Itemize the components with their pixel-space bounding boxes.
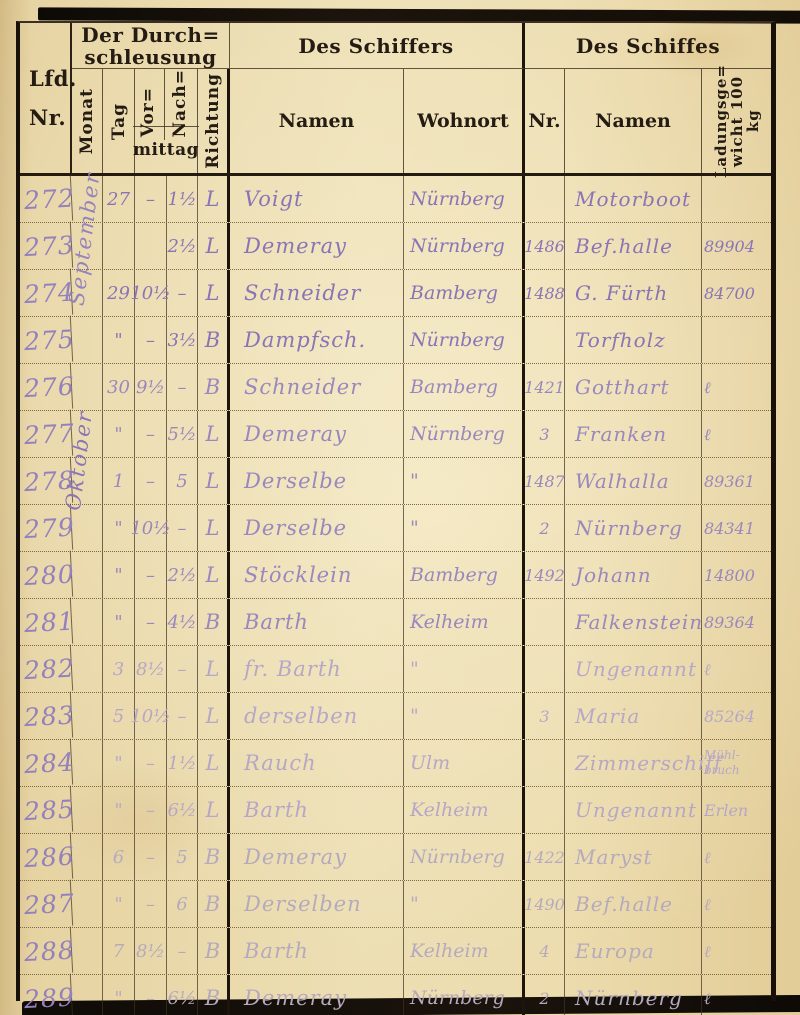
vormittag-value — [135, 223, 167, 269]
ladung-label-line2: wicht 100 kg — [728, 75, 762, 166]
table-row: 273 2½ L Demeray Nürnberg 1486 Bef.halle… — [20, 223, 771, 270]
tag-value: " — [103, 881, 135, 927]
table-row: 282 3 8½ – L fr. Barth " Ungenannt ℓ — [20, 646, 771, 693]
wohnort-value: Bamberg — [404, 552, 525, 598]
nachmittag-value: 6½ — [167, 787, 198, 833]
lfd-nr-value: 274 — [19, 269, 73, 318]
col-header-tag: Tag — [103, 69, 135, 173]
nachmittag-value: 5 — [167, 834, 198, 880]
lfd-nr-value: 277 — [19, 410, 73, 459]
schiff-nr-value: 4 — [525, 928, 565, 974]
ladungsgewicht-value: ℓ — [702, 411, 771, 457]
wohnort-value: Nürnberg — [404, 223, 525, 269]
ladungsgewicht-value: ℓ — [702, 975, 771, 1015]
schiff-nr-value — [525, 599, 565, 645]
nachmittag-value: – — [167, 364, 198, 410]
col-header-vormittag-nachmittag: Vor= Nach= mittag — [135, 69, 198, 173]
richtung-label: Richtung — [203, 73, 223, 169]
ladungsgewicht-value: ℓ — [702, 364, 771, 410]
ladungsgewicht-value: Mühl- bruch — [702, 740, 771, 786]
nachmittag-value: 6 — [167, 881, 198, 927]
monat-cell — [72, 411, 103, 457]
richtung-value: B — [198, 317, 230, 363]
monat-cell — [72, 787, 103, 833]
schiffer-name-value: Barth — [230, 928, 404, 974]
group-header-schiffers: Des Schiffers — [230, 23, 525, 69]
lfd-nr-value: 278 — [19, 457, 73, 506]
schiff-name-value: Walhalla — [565, 458, 702, 504]
nachmittag-value: 2½ — [167, 552, 198, 598]
lfd-label-line2: Nr. — [29, 105, 66, 130]
table-row: 283 5 10½ – L derselben " 3 Maria 85264 — [20, 693, 771, 740]
lfd-label-line1: Lfd. — [29, 66, 77, 91]
wohnort-value: Nürnberg — [404, 317, 525, 363]
ladungsgewicht-value: 85264 — [702, 693, 771, 739]
wohnort-value: Ulm — [404, 740, 525, 786]
schiff-nr-value: 3 — [525, 693, 565, 739]
richtung-value: B — [198, 928, 230, 974]
ladungsgewicht-label: Ladungsge= wicht 100 kg — [713, 64, 761, 178]
monat-cell — [72, 975, 103, 1015]
richtung-value: B — [198, 881, 230, 927]
nachmittag-value: 3½ — [167, 317, 198, 363]
schiff-name-value: Nürnberg — [565, 505, 702, 551]
schiff-nr-value: 1486 — [525, 223, 565, 269]
tag-value: " — [103, 411, 135, 457]
table-row: 275 " – 3½ B Dampfsch. Nürnberg Torfholz — [20, 317, 771, 364]
schiff-name-value: Maria — [565, 693, 702, 739]
richtung-value: B — [198, 975, 230, 1015]
ladungsgewicht-value: ℓ — [702, 928, 771, 974]
ladungsgewicht-value: ℓ — [702, 881, 771, 927]
tag-value: 27 — [103, 176, 135, 222]
monat-cell — [72, 740, 103, 786]
schiffer-name-value: Voigt — [230, 176, 404, 222]
monat-cell — [72, 646, 103, 692]
richtung-value: L — [198, 552, 230, 598]
table-row: 274 29 10½ – L Schneider Bamberg 1488 G.… — [20, 270, 771, 317]
richtung-value: B — [198, 834, 230, 880]
col-header-richtung: Richtung — [198, 69, 230, 173]
lfd-nr-value: 282 — [19, 645, 73, 694]
schiff-name-value: Ungenannt — [565, 646, 702, 692]
nachmittag-value: – — [167, 646, 198, 692]
schiff-nr-value: 3 — [525, 411, 565, 457]
vormittag-value: 10½ — [135, 270, 167, 316]
col-header-schiff-nr: Nr. — [525, 69, 565, 173]
register-page: Lfd. Nr. Der Durch= schleusung Des Schif… — [0, 0, 800, 1015]
schiffer-name-value: Derselbe — [230, 458, 404, 504]
monat-cell — [72, 270, 103, 316]
table-row: 281 " – 4½ B Barth Kelheim Falkenstein 8… — [20, 599, 771, 646]
wohnort-value: Bamberg — [404, 364, 525, 410]
group-header-schiffes: Des Schiffes — [525, 23, 771, 69]
richtung-value: B — [198, 599, 230, 645]
ladungsgewicht-value: 89361 — [702, 458, 771, 504]
schiffer-name-value: Demeray — [230, 975, 404, 1015]
schiffer-name-value: derselben — [230, 693, 404, 739]
ladung-label-line1: Ladungsge= — [712, 64, 730, 178]
lfd-nr-value: 287 — [19, 880, 73, 929]
vormittag-value: – — [135, 599, 167, 645]
richtung-value: B — [198, 364, 230, 410]
vormittag-value: – — [135, 787, 167, 833]
vormittag-value: – — [135, 881, 167, 927]
monat-cell — [72, 364, 103, 410]
monat-cell — [72, 599, 103, 645]
table-row: 289 " – 6½ B Demeray Nürnberg 2 Nürnberg… — [20, 975, 771, 1015]
table-row: 285 " – 6½ L Barth Kelheim Ungenannt Erl… — [20, 787, 771, 834]
schiffer-name-value: Demeray — [230, 223, 404, 269]
lfd-nr-value: 280 — [19, 551, 73, 600]
table-row: 279 " 10½ – L Derselbe " 2 Nürnberg 8434… — [20, 505, 771, 552]
nachmittag-value: – — [167, 270, 198, 316]
schiffer-name-value: Demeray — [230, 834, 404, 880]
table-row: 276 30 9½ – B Schneider Bamberg 1421 Got… — [20, 364, 771, 411]
ladungsgewicht-value: ℓ — [702, 834, 771, 880]
schiff-nr-value — [525, 740, 565, 786]
nachmittag-value: – — [167, 928, 198, 974]
schiff-name-value: Bef.halle — [565, 223, 702, 269]
nachmittag-value: 5½ — [167, 411, 198, 457]
schiffer-name-value: Derselben — [230, 881, 404, 927]
monat-cell — [72, 317, 103, 363]
monat-cell — [72, 176, 103, 222]
schiff-nr-value: 2 — [525, 975, 565, 1015]
schiff-namen-label: Namen — [595, 110, 671, 132]
lfd-nr-value: 276 — [19, 363, 73, 412]
monat-cell — [72, 881, 103, 927]
schiff-name-value: G. Fürth — [565, 270, 702, 316]
durchschleusung-line2: schleusung — [81, 46, 219, 68]
ladungsgewicht-value: 89904 — [702, 223, 771, 269]
schiffes-label: Des Schiffes — [576, 35, 720, 57]
table-row: 278 1 – 5 L Derselbe " 1487 Walhalla 893… — [20, 458, 771, 505]
richtung-value: L — [198, 176, 230, 222]
nachmittag-value: 1½ — [167, 740, 198, 786]
ladungsgewicht-value: 89364 — [702, 599, 771, 645]
nachmittag-value: – — [167, 505, 198, 551]
lfd-nr-value: 273 — [19, 222, 73, 271]
schiff-name-value: Falkenstein — [565, 599, 702, 645]
tag-value: 3 — [103, 646, 135, 692]
monat-cell — [72, 693, 103, 739]
lfd-nr-value: 279 — [19, 504, 73, 553]
table-row: 288 7 8½ – B Barth Kelheim 4 Europa ℓ — [20, 928, 771, 975]
nach-label: Nach= — [170, 69, 190, 138]
wohnort-value: " — [404, 505, 525, 551]
table-row: 286 6 – 5 B Demeray Nürnberg 1422 Maryst… — [20, 834, 771, 881]
lfd-nr-value: 286 — [19, 833, 73, 882]
ladungsgewicht-value: 84341 — [702, 505, 771, 551]
wohnort-value: " — [404, 646, 525, 692]
table-header: Lfd. Nr. Der Durch= schleusung Des Schif… — [20, 23, 771, 176]
schiff-name-value: Ungenannt — [565, 787, 702, 833]
schiff-name-value: Maryst — [565, 834, 702, 880]
wohnort-label: Wohnort — [417, 110, 509, 132]
tag-value: " — [103, 975, 135, 1015]
col-header-monat: Monat — [72, 69, 103, 173]
schiff-name-value: Gotthart — [565, 364, 702, 410]
vormittag-value: – — [135, 458, 167, 504]
vormittag-value: – — [135, 176, 167, 222]
schiff-nr-value: 1488 — [525, 270, 565, 316]
schiff-name-value: Torfholz — [565, 317, 702, 363]
group-header-durchschleusung: Der Durch= schleusung — [72, 23, 230, 69]
tag-value: 6 — [103, 834, 135, 880]
lfd-nr-value: 289 — [19, 974, 73, 1015]
table-row: 272 27 – 1½ L Voigt Nürnberg Motorboot — [20, 176, 771, 223]
richtung-value: L — [198, 411, 230, 457]
lfd-nr-value: 275 — [19, 316, 73, 365]
schiffer-name-value: fr. Barth — [230, 646, 404, 692]
ladungsgewicht-value: 14800 — [702, 552, 771, 598]
schiffer-name-value: Stöcklein — [230, 552, 404, 598]
tag-value: " — [103, 740, 135, 786]
tag-value: " — [103, 599, 135, 645]
tag-value: 7 — [103, 928, 135, 974]
wohnort-value: Nürnberg — [404, 975, 525, 1015]
schiff-name-value: Franken — [565, 411, 702, 457]
wohnort-value: Nürnberg — [404, 411, 525, 457]
nachmittag-value: – — [167, 693, 198, 739]
wohnort-value: Kelheim — [404, 787, 525, 833]
vormittag-value: 10½ — [135, 693, 167, 739]
monat-cell — [72, 928, 103, 974]
wohnort-value: " — [404, 693, 525, 739]
schiffer-name-value: Dampfsch. — [230, 317, 404, 363]
schiff-name-value: Bef.halle — [565, 881, 702, 927]
col-header-schiffer-namen: Namen — [230, 69, 404, 173]
wohnort-value: Kelheim — [404, 599, 525, 645]
schiffer-name-value: Rauch — [230, 740, 404, 786]
wohnort-value: Nürnberg — [404, 176, 525, 222]
schiff-nr-value — [525, 646, 565, 692]
monat-cell — [72, 223, 103, 269]
schiff-name-value: Johann — [565, 552, 702, 598]
schiff-nr-value: 1490 — [525, 881, 565, 927]
vormittag-value: – — [135, 834, 167, 880]
schiff-nr-value — [525, 176, 565, 222]
lfd-nr-value: 284 — [19, 739, 73, 788]
ladungsgewicht-value: 84700 — [702, 270, 771, 316]
vormittag-value: 9½ — [135, 364, 167, 410]
monat-cell — [72, 834, 103, 880]
ladungsgewicht-value — [702, 176, 771, 222]
tag-label: Tag — [109, 103, 129, 140]
nachmittag-value: 4½ — [167, 599, 198, 645]
table-body: 272 27 – 1½ L Voigt Nürnberg Motorboot 2… — [20, 176, 771, 1015]
tag-value: " — [103, 317, 135, 363]
richtung-value: L — [198, 787, 230, 833]
vormittag-value: – — [135, 975, 167, 1015]
wohnort-value: " — [404, 458, 525, 504]
schiffer-name-value: Derselbe — [230, 505, 404, 551]
richtung-value: L — [198, 646, 230, 692]
table-row: 280 " – 2½ L Stöcklein Bamberg 1492 Joha… — [20, 552, 771, 599]
schiff-nr-value: 1492 — [525, 552, 565, 598]
tag-value — [103, 223, 135, 269]
vormittag-value: 10½ — [135, 505, 167, 551]
richtung-value: L — [198, 505, 230, 551]
richtung-value: L — [198, 740, 230, 786]
monat-label: Monat — [77, 88, 97, 154]
lfd-nr-value: 288 — [19, 927, 73, 976]
ladungsgewicht-value: ℓ — [702, 646, 771, 692]
nachmittag-value: 5 — [167, 458, 198, 504]
nachmittag-value: 6½ — [167, 975, 198, 1015]
table-row: 277 " – 5½ L Demeray Nürnberg 3 Franken … — [20, 411, 771, 458]
vormittag-value: 8½ — [135, 928, 167, 974]
vormittag-value: 8½ — [135, 646, 167, 692]
tag-value: 1 — [103, 458, 135, 504]
richtung-value: L — [198, 270, 230, 316]
col-header-ladungsgewicht: Ladungsge= wicht 100 kg — [702, 69, 771, 173]
monat-cell — [72, 458, 103, 504]
col-header-lfd-nr: Lfd. Nr. — [20, 23, 72, 173]
vormittag-value: – — [135, 740, 167, 786]
schiffer-name-value: Demeray — [230, 411, 404, 457]
lock-register-table: Lfd. Nr. Der Durch= schleusung Des Schif… — [16, 21, 776, 1001]
lfd-nr-value: 272 — [19, 175, 73, 224]
lfd-nr-value: 281 — [19, 598, 73, 647]
lfd-nr-value: 285 — [19, 786, 73, 835]
col-header-schiff-namen: Namen — [565, 69, 702, 173]
schiff-name-value: Motorboot — [565, 176, 702, 222]
durchschleusung-line1: Der Durch= — [81, 24, 219, 46]
vormittag-value: – — [135, 317, 167, 363]
schiffer-namen-label: Namen — [279, 110, 355, 132]
wohnort-value: Bamberg — [404, 270, 525, 316]
schiff-nr-value: 1422 — [525, 834, 565, 880]
table-row: 284 " – 1½ L Rauch Ulm Zimmerschiff Mühl… — [20, 740, 771, 787]
lfd-nr-value: 283 — [19, 692, 73, 741]
schiff-nr-value: 2 — [525, 505, 565, 551]
table-row: 287 " – 6 B Derselben " 1490 Bef.halle ℓ — [20, 881, 771, 928]
schiff-nr-value: 1421 — [525, 364, 565, 410]
vormittag-value: – — [135, 552, 167, 598]
col-header-wohnort: Wohnort — [404, 69, 525, 173]
schiff-nr-label: Nr. — [528, 110, 560, 132]
vor-label: Vor= — [138, 87, 158, 137]
monat-cell — [72, 552, 103, 598]
tag-value: " — [103, 787, 135, 833]
schiff-nr-value: 1487 — [525, 458, 565, 504]
wohnort-value: Nürnberg — [404, 834, 525, 880]
wohnort-value: " — [404, 881, 525, 927]
monat-cell — [72, 505, 103, 551]
vormittag-value: – — [135, 411, 167, 457]
ladungsgewicht-value: Erlen — [702, 787, 771, 833]
richtung-value: L — [198, 693, 230, 739]
wohnort-value: Kelheim — [404, 928, 525, 974]
nachmittag-value: 2½ — [167, 223, 198, 269]
schiff-name-value: Nürnberg — [565, 975, 702, 1015]
schiff-name-value: Zimmerschiff — [565, 740, 702, 786]
tag-value: 30 — [103, 364, 135, 410]
ladungsgewicht-value — [702, 317, 771, 363]
schiffer-name-value: Schneider — [230, 364, 404, 410]
schiffer-name-value: Schneider — [230, 270, 404, 316]
schiff-name-value: Europa — [565, 928, 702, 974]
richtung-value: L — [198, 458, 230, 504]
tag-value: " — [103, 552, 135, 598]
schiff-nr-value — [525, 787, 565, 833]
schiffers-label: Des Schiffers — [298, 35, 453, 57]
schiffer-name-value: Barth — [230, 599, 404, 645]
richtung-value: L — [198, 223, 230, 269]
nachmittag-value: 1½ — [167, 176, 198, 222]
schiffer-name-value: Barth — [230, 787, 404, 833]
schiff-nr-value — [525, 317, 565, 363]
